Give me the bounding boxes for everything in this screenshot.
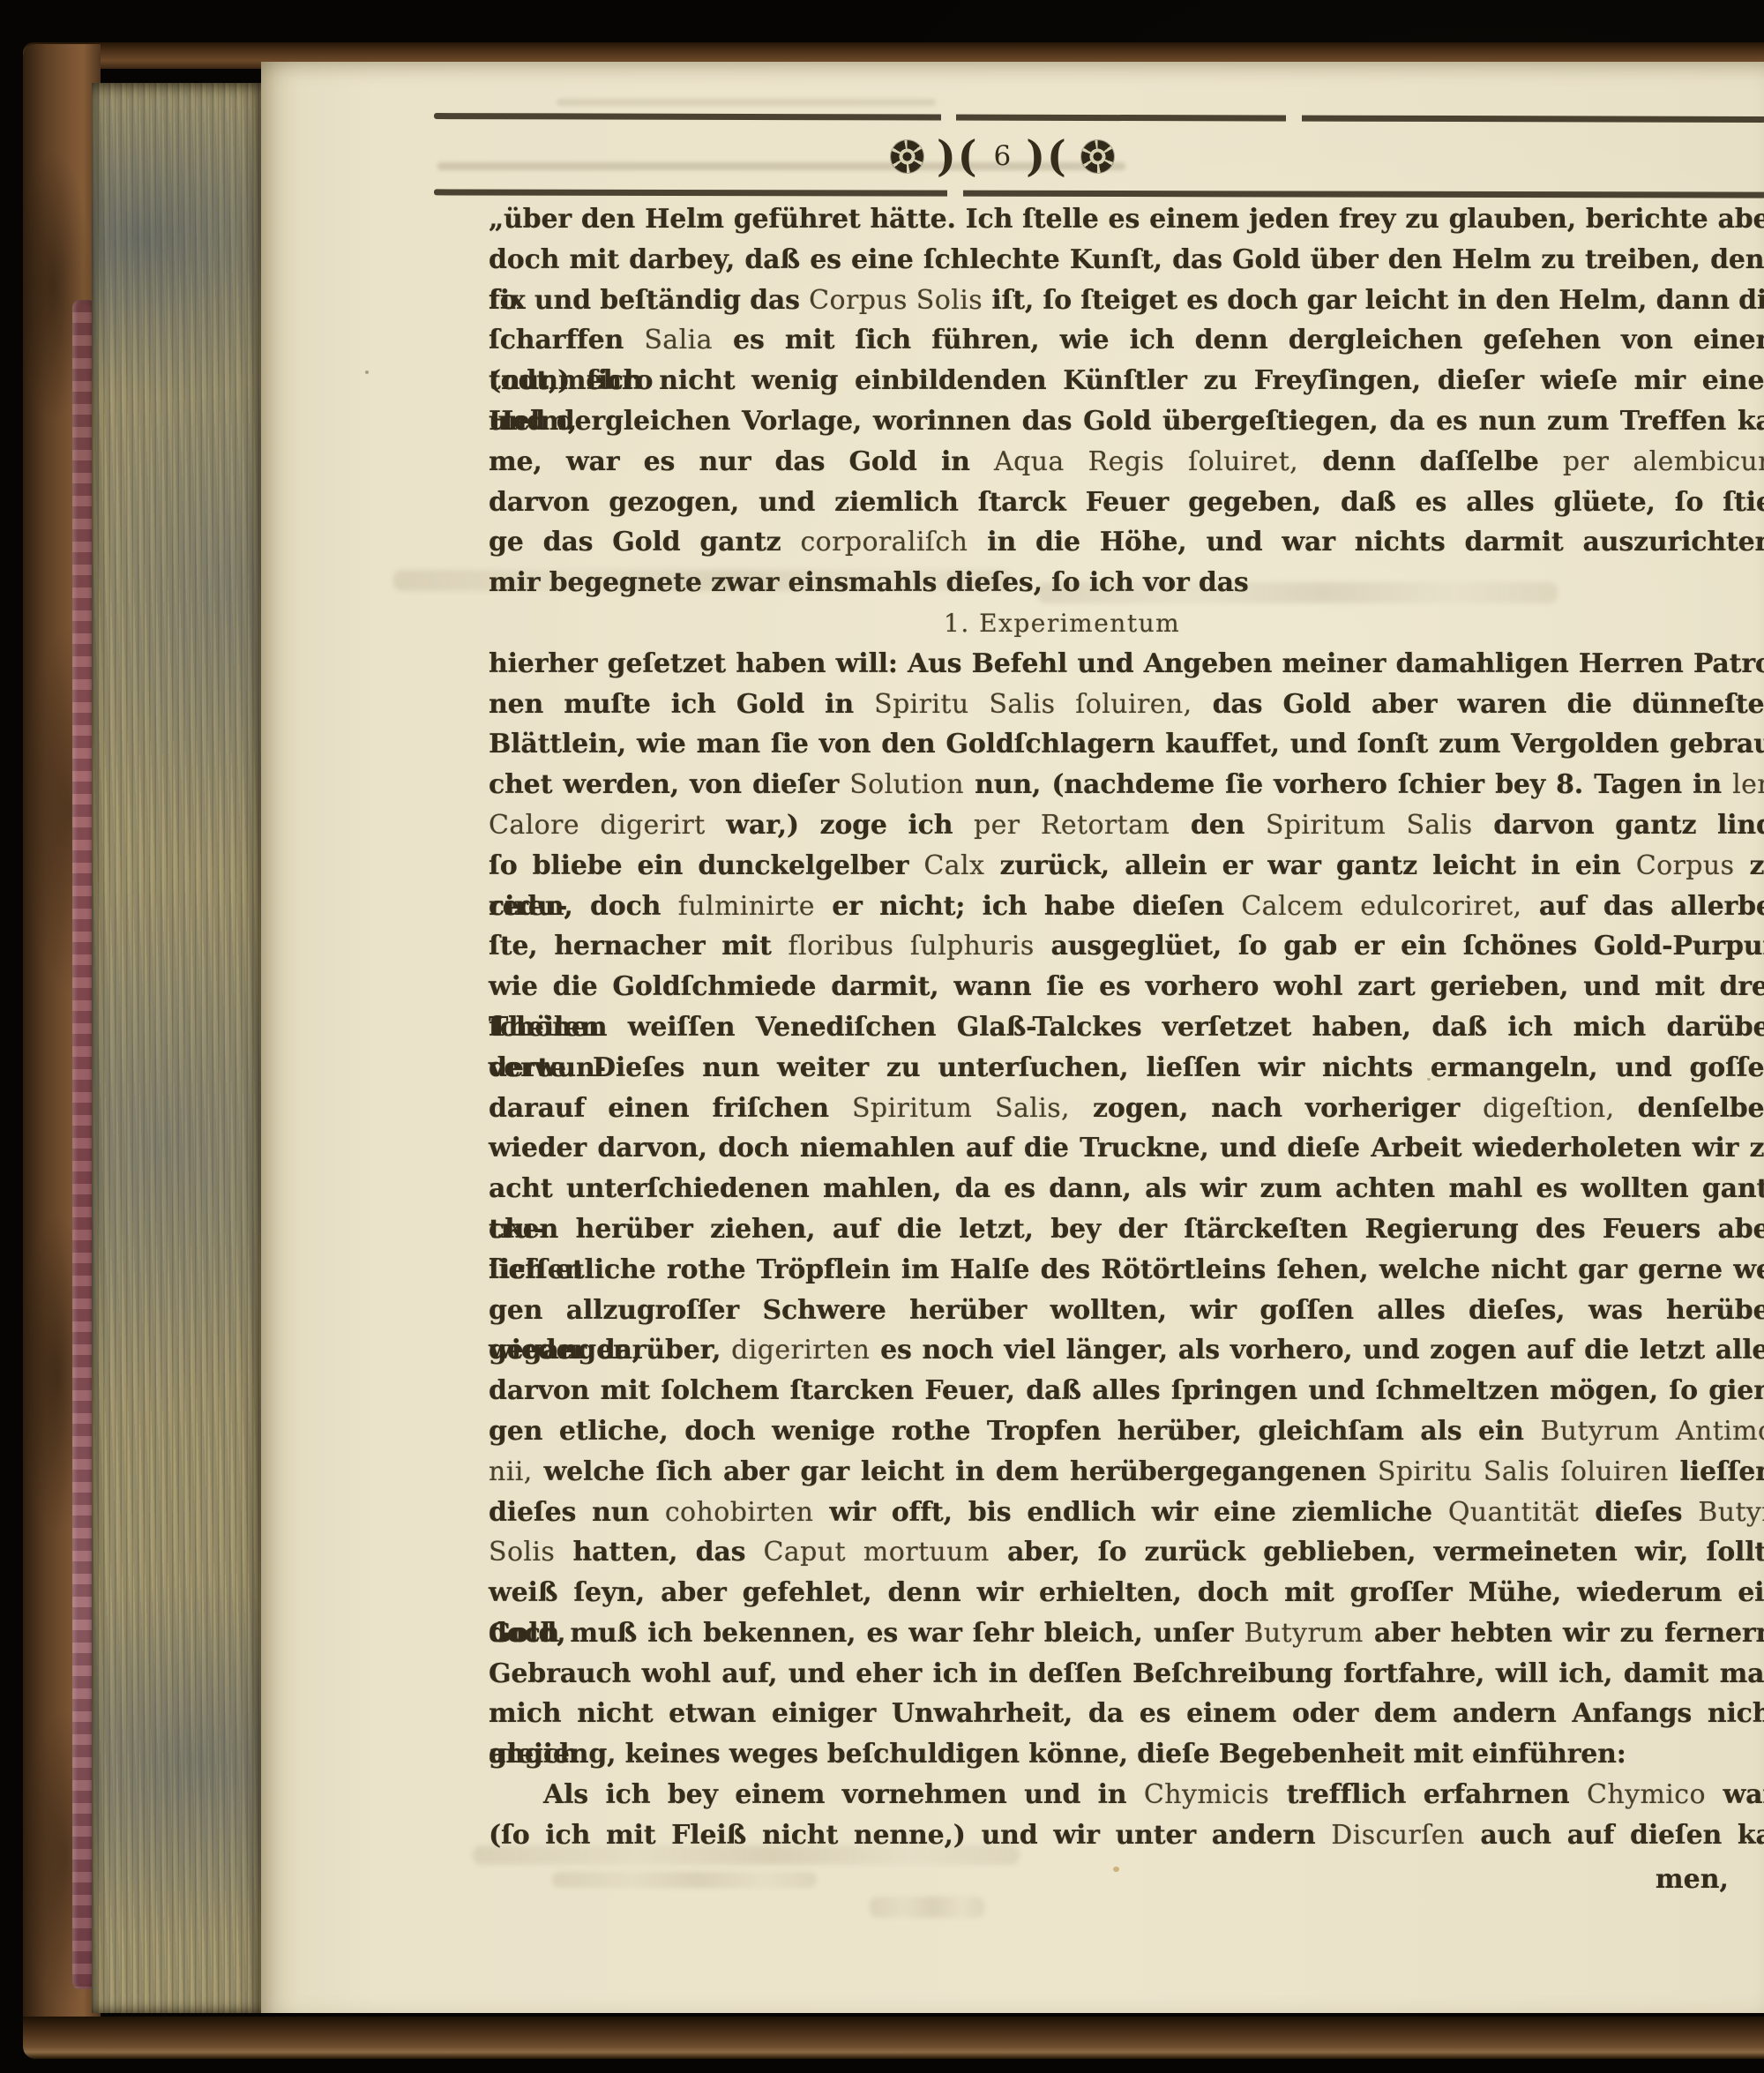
antiqua-text-segment: per alembicum: [1563, 446, 1764, 477]
text-line: nen muſte ich Gold in Spiritu Salis ſolu…: [489, 685, 1764, 725]
text-line: angieng, keines weges beſchuldigen könne…: [489, 1734, 1764, 1775]
text-line: mir begegnete zwar einsmahls dieſes, ſo …: [489, 563, 1764, 603]
fraktur-text-segment: fix und beſtändig das: [489, 285, 809, 316]
antiqua-text-segment: per Retortam: [974, 810, 1170, 841]
text-line: doch muß ich bekennen, es war ſehr bleic…: [489, 1613, 1764, 1654]
antiqua-text-segment: Spiritu Salis ſoluiren,: [874, 689, 1192, 720]
text-line: darauf einen friſchen Spiritum Salis, zo…: [489, 1089, 1764, 1129]
antiqua-text-segment: Calx: [923, 850, 984, 881]
text-line: chet werden, von dieſer Solution nun, (n…: [489, 765, 1764, 805]
fraktur-text-segment: auch auf dieſen ka-: [1465, 1820, 1764, 1851]
text-line: todt,) ſich nicht wenig einbildenden Kün…: [489, 361, 1764, 401]
fraktur-text-segment: ſich etliche rothe Tröpflein im Halſe de…: [489, 1254, 1764, 1285]
antiqua-text-segment: Butyri: [1698, 1497, 1764, 1528]
fraktur-text-segment: (ſo ich mit Fleiß nicht nenne,) und wir …: [489, 1820, 1331, 1851]
fraktur-text-segment: er nicht; ich habe dieſen: [815, 891, 1241, 922]
text-line: cken herüber ziehen, auf die letzt, bey …: [489, 1209, 1764, 1250]
fraktur-text-segment: Gebrauch wohl auf, und eher ich in deſſe…: [489, 1658, 1764, 1689]
text-line: Gebrauch wohl auf, und eher ich in deſſe…: [489, 1654, 1764, 1695]
antiqua-text-segment: Salia: [644, 325, 713, 355]
fraktur-text-segment: war,: [1706, 1779, 1764, 1810]
text-line: gen etliche, doch wenige rothe Tropfen h…: [489, 1411, 1764, 1452]
fraktur-text-segment: das Gold aber waren die dünneſten: [1192, 689, 1764, 720]
fraktur-text-segment: ge das Gold gantz: [489, 527, 800, 558]
antiqua-text-segment: Aqua Regis ſoluiret,: [994, 446, 1298, 477]
text-line: wieder darvon, doch niemahlen auf die Tr…: [489, 1128, 1764, 1169]
fraktur-text-segment: hierher geſetzet haben will: Aus Befehl …: [489, 648, 1764, 679]
antiqua-text-segment: leni: [1732, 769, 1764, 800]
text-line: ge das Gold gantz corporaliſch in die Hö…: [489, 522, 1764, 563]
section-heading: 1. Experimentum: [489, 603, 1764, 644]
text-line: ſchönen weiſſen Venediſchen Glaß-Talckes…: [489, 1007, 1764, 1048]
fraktur-text-segment: gen etliche, doch wenige rothe Tropfen h…: [489, 1416, 1540, 1447]
folio-bracket-left: )(: [937, 136, 979, 176]
fraktur-text-segment: derte. Dieſes nun weiter zu unterſuchen,…: [489, 1052, 1764, 1083]
antiqua-text-segment: Calore digerirt: [489, 810, 706, 841]
antiqua-text-segment: fulminirte: [678, 891, 815, 922]
antiqua-text-segment: Solution: [849, 769, 964, 800]
text-line: derte. Dieſes nun weiter zu unterſuchen,…: [489, 1048, 1764, 1089]
fraktur-text-segment: es noch viel länger, als vorhero, und zo…: [870, 1335, 1764, 1366]
fraktur-text-segment: aber, ſo zurück geblieben, vermeineten w…: [990, 1537, 1764, 1568]
text-line: hierher geſetzet haben will: Aus Befehl …: [489, 644, 1764, 685]
text-line: acht unterſchiedenen mahlen, da es dann,…: [489, 1169, 1764, 1209]
fraktur-text-segment: ausgeglüet, ſo gab er ein ſchönes Gold-P…: [1035, 931, 1764, 962]
antiqua-text-segment: Calcem edulcoriret,: [1241, 891, 1521, 922]
fraktur-text-segment: darvon gezogen, und ziemlich ſtarck Feue…: [489, 487, 1764, 518]
antiqua-text-segment: nii,: [489, 1456, 533, 1487]
paper-fleck: [365, 370, 369, 374]
header-rule-ghost-top: [557, 99, 936, 106]
folio-bracket-right: )(: [1026, 136, 1068, 176]
text-line: mich nicht etwan einiger Unwahrheit, da …: [489, 1694, 1764, 1734]
fraktur-text-segment: wieder darvon, doch niemahlen auf die Tr…: [489, 1133, 1764, 1164]
antiqua-text-segment: Discurſen: [1331, 1820, 1464, 1851]
antiqua-text-segment: Spiritum Salis,: [852, 1093, 1070, 1124]
antiqua-text-segment: digerirten: [731, 1335, 870, 1366]
header-rule-top: [434, 113, 1764, 123]
fraktur-text-segment: ſcharffen: [489, 325, 644, 355]
antiqua-text-segment: floribus ſulphuris: [789, 931, 1035, 962]
fraktur-text-segment: hatten, das: [555, 1537, 763, 1568]
text-line: darvon gezogen, und ziemlich ſtarck Feue…: [489, 483, 1764, 523]
antiqua-text-segment: corporaliſch: [800, 527, 968, 558]
page-block-fore-edge: [92, 83, 261, 2013]
scan-background: { "page": { "header": { "page_number": "…: [0, 0, 1764, 2073]
fraktur-text-segment: mir begegnete zwar einsmahls dieſes, ſo …: [489, 567, 1249, 598]
rosette-ornament-icon: [891, 140, 923, 173]
fraktur-text-segment: Blättlein, wie man ſie von den Goldſchla…: [489, 729, 1764, 760]
antiqua-text-segment: Chymicis: [1144, 1779, 1269, 1810]
antiqua-text-segment: Spiritum Salis: [1266, 810, 1473, 841]
text-line: Calore digerirt war,) zoge ich per Retor…: [489, 805, 1764, 846]
antiqua-text-segment: Butyrum Antimo-: [1540, 1416, 1764, 1447]
fraktur-text-segment: darvon gantz lind,: [1473, 810, 1764, 841]
text-line: ſcharffen Salia es mit ſich führen, wie …: [489, 320, 1764, 361]
text-line: Solis hatten, das Caput mortuum aber, ſo…: [489, 1532, 1764, 1573]
text-block: „über den Helm geführet hätte. Ich ſtell…: [489, 199, 1764, 1900]
text-line: doch mit darbey, daß es eine ſchlechte K…: [489, 240, 1764, 281]
antiqua-text-segment: Corpus Solis: [809, 285, 983, 316]
fraktur-text-segment: nun, (nachdeme ſie vorhero ſchier bey 8.…: [964, 769, 1732, 800]
fraktur-text-segment: und dergleichen Vorlage, worinnen das Go…: [489, 406, 1764, 437]
fraktur-text-segment: denſelben: [1615, 1093, 1764, 1124]
rosette-ornament-icon: [1081, 140, 1114, 173]
text-line: weiß ſeyn, aber gefehlet, denn wir erhie…: [489, 1573, 1764, 1613]
fraktur-text-segment: Als ich bey einem vornehmen und in: [543, 1779, 1144, 1810]
antiqua-text-segment: Quantität: [1448, 1497, 1579, 1528]
fraktur-text-segment: auf das allerbe-: [1521, 891, 1764, 922]
text-line: ciren, doch fulminirte er nicht; ich hab…: [489, 887, 1764, 927]
text-line: Als ich bey einem vornehmen und in Chymi…: [489, 1775, 1764, 1815]
page-number: 6: [992, 137, 1013, 176]
text-line: ſte, hernacher mit floribus ſulphuris au…: [489, 926, 1764, 967]
fraktur-text-segment: denn daſſelbe: [1298, 446, 1563, 477]
book-page: )( 6 )( „über den Helm geführet hätte. I…: [261, 62, 1764, 2013]
fraktur-text-segment: ſo bliebe ein dunckelgelber: [489, 850, 923, 881]
fraktur-text-segment: den: [1170, 810, 1266, 841]
fraktur-text-segment: chet werden, von dieſer: [489, 769, 849, 800]
text-line: wie die Goldſchmiede darmit, wann ſie es…: [489, 967, 1764, 1007]
fraktur-text-segment: iſt, ſo ſteiget es doch gar leicht in de…: [983, 285, 1764, 316]
text-line: gen allzugroſſer Schwere herüber wollten…: [489, 1291, 1764, 1331]
text-line: darvon mit ſolchem ſtarcken Feuer, daß a…: [489, 1371, 1764, 1411]
text-line: Blättlein, wie man ſie von den Goldſchla…: [489, 724, 1764, 765]
fraktur-text-segment: ciren, doch: [489, 891, 678, 922]
fraktur-text-segment: darvon mit ſolchem ſtarcken Feuer, daß a…: [489, 1375, 1764, 1406]
antiqua-text-segment: cohobirten: [665, 1497, 814, 1528]
text-line: ſo bliebe ein dunckelgelber Calx zurück,…: [489, 846, 1764, 887]
text-line: wieder darüber, digerirten es noch viel …: [489, 1330, 1764, 1371]
fraktur-text-segment: trefflich erfahrnen: [1269, 1779, 1587, 1810]
antiqua-text-segment: Chymico: [1587, 1779, 1706, 1810]
fraktur-text-segment: in die Höhe, und war nichts darmit auszu…: [968, 527, 1764, 558]
fraktur-text-segment: lieſſen,: [1669, 1456, 1764, 1487]
fraktur-text-segment: zogen, nach vorheriger: [1070, 1093, 1483, 1124]
fraktur-text-segment: angieng, keines weges beſchuldigen könne…: [489, 1739, 1626, 1770]
header-ornament-row: )( 6 )(: [891, 136, 1114, 176]
header-rule-bottom: [434, 189, 1764, 198]
fraktur-text-segment: welche ſich aber gar leicht in dem herüb…: [533, 1456, 1378, 1487]
fraktur-text-segment: darauf einen friſchen: [489, 1093, 852, 1124]
text-line: me, war es nur das Gold in Aqua Regis ſo…: [489, 442, 1764, 483]
fraktur-text-segment: wieder darüber,: [489, 1335, 731, 1366]
fraktur-text-segment: aber hebten wir zu fernerm: [1364, 1618, 1764, 1649]
fraktur-text-segment: me, war es nur das Gold in: [489, 446, 994, 477]
fraktur-text-segment: dieſes: [1579, 1497, 1698, 1528]
fraktur-text-segment: dieſes nun: [489, 1497, 665, 1528]
antiqua-text-segment: digeſtion,: [1483, 1093, 1614, 1124]
text-line: fix und beſtändig das Corpus Solis iſt, …: [489, 281, 1764, 321]
catchword: men,: [489, 1860, 1764, 1900]
text-line: „über den Helm geführet hätte. Ich ſtell…: [489, 199, 1764, 240]
text-line: dieſes nun cohobirten wir offt, bis endl…: [489, 1493, 1764, 1533]
fraktur-text-segment: nen muſte ich Gold in: [489, 689, 874, 720]
fraktur-text-segment: ſte, hernacher mit: [489, 931, 789, 962]
text-line: ſich etliche rothe Tröpflein im Halſe de…: [489, 1250, 1764, 1291]
heading-text: 1. Experimentum: [944, 609, 1180, 638]
antiqua-text-segment: Spiritu Salis ſoluiren: [1378, 1456, 1669, 1487]
text-line: (ſo ich mit Fleiß nicht nenne,) und wir …: [489, 1815, 1764, 1856]
antiqua-text-segment: Solis: [489, 1537, 555, 1568]
text-line: nii, welche ſich aber gar leicht in dem …: [489, 1452, 1764, 1493]
text-line: und dergleichen Vorlage, worinnen das Go…: [489, 401, 1764, 442]
book-cover-bottom: [23, 2017, 1764, 2059]
fraktur-text-segment: wir offt, bis endlich wir eine ziemliche: [813, 1497, 1448, 1528]
antiqua-text-segment: Corpus: [1636, 850, 1735, 881]
antiqua-text-segment: Butyrum: [1244, 1618, 1363, 1649]
antiqua-text-segment: Caput mortuum: [764, 1537, 990, 1568]
fraktur-text-segment: „über den Helm geführet hätte. Ich ſtell…: [489, 204, 1764, 235]
fraktur-text-segment: war,) zoge ich: [706, 810, 974, 841]
fraktur-text-segment: doch muß ich bekennen, es war ſehr bleic…: [489, 1618, 1244, 1649]
fraktur-text-segment: zurück, allein er war gantz leicht in ei…: [984, 850, 1635, 881]
